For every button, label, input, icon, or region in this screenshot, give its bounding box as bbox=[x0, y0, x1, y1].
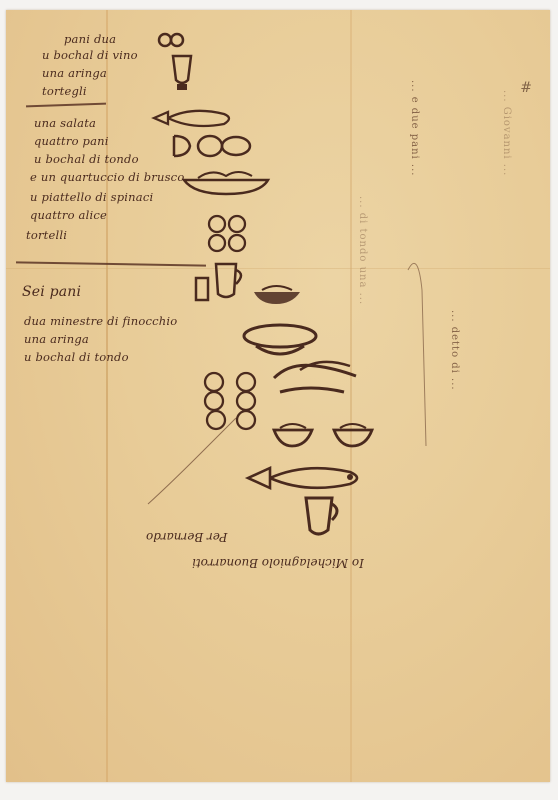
pen-stroke bbox=[404, 250, 434, 450]
list-item: u bochal di vino bbox=[42, 48, 138, 62]
two-bowls-sketch bbox=[272, 420, 376, 452]
list-item: u bochal di tondo bbox=[34, 152, 139, 166]
list-item: quattro alice bbox=[30, 208, 107, 222]
divider bbox=[16, 261, 206, 266]
list-item: pani dua bbox=[64, 32, 116, 46]
list-item: tortelli bbox=[26, 228, 67, 242]
fold-line bbox=[6, 268, 550, 269]
signature-line: Per Bernardo bbox=[146, 530, 227, 544]
wine-jug-sketch bbox=[169, 54, 195, 94]
list-item: tortegli bbox=[42, 84, 87, 98]
list-item: e un quartuccio di brusco bbox=[30, 170, 184, 184]
plate-of-bread-rolls-sketch bbox=[170, 132, 260, 160]
pen-flourish bbox=[140, 414, 240, 514]
tortelli-sketch bbox=[270, 356, 360, 400]
fish-sketch bbox=[246, 460, 366, 494]
list-item: una aringa bbox=[24, 332, 89, 346]
salad-bowl-sketch bbox=[182, 168, 272, 198]
list-item: Sei pani bbox=[22, 284, 81, 300]
jug-and-cup-sketch bbox=[190, 260, 250, 308]
list-item: dua minestre di finocchio bbox=[24, 314, 177, 328]
bowl-of-anchovies-sketch bbox=[252, 284, 302, 306]
list-item: u piattello di spinaci bbox=[30, 190, 153, 204]
herring-sketch bbox=[152, 104, 236, 130]
corner-mark: # bbox=[520, 80, 532, 96]
margin-text: ... Giovanni ... bbox=[501, 90, 512, 176]
list-item: u bochal di tondo bbox=[24, 350, 129, 364]
margin-text: ... detto di ... bbox=[449, 310, 460, 391]
four-loaves-sketch bbox=[206, 214, 250, 254]
margin-text: ... di tondo una ... bbox=[357, 196, 368, 305]
manuscript-page: pani dua u bochal di vino una aringa tor… bbox=[6, 10, 550, 782]
divider bbox=[26, 103, 106, 107]
list-item: una salata bbox=[34, 116, 96, 130]
signature-line: Io Michelagniolo Buonarroti bbox=[192, 556, 364, 570]
list-item: una aringa bbox=[42, 66, 107, 80]
fold-line bbox=[106, 10, 108, 782]
list-item: quattro pani bbox=[34, 134, 109, 148]
margin-text: ... e due pani ... bbox=[409, 80, 420, 176]
pitcher-sketch bbox=[302, 494, 342, 544]
two-loaves-sketch bbox=[156, 32, 186, 48]
